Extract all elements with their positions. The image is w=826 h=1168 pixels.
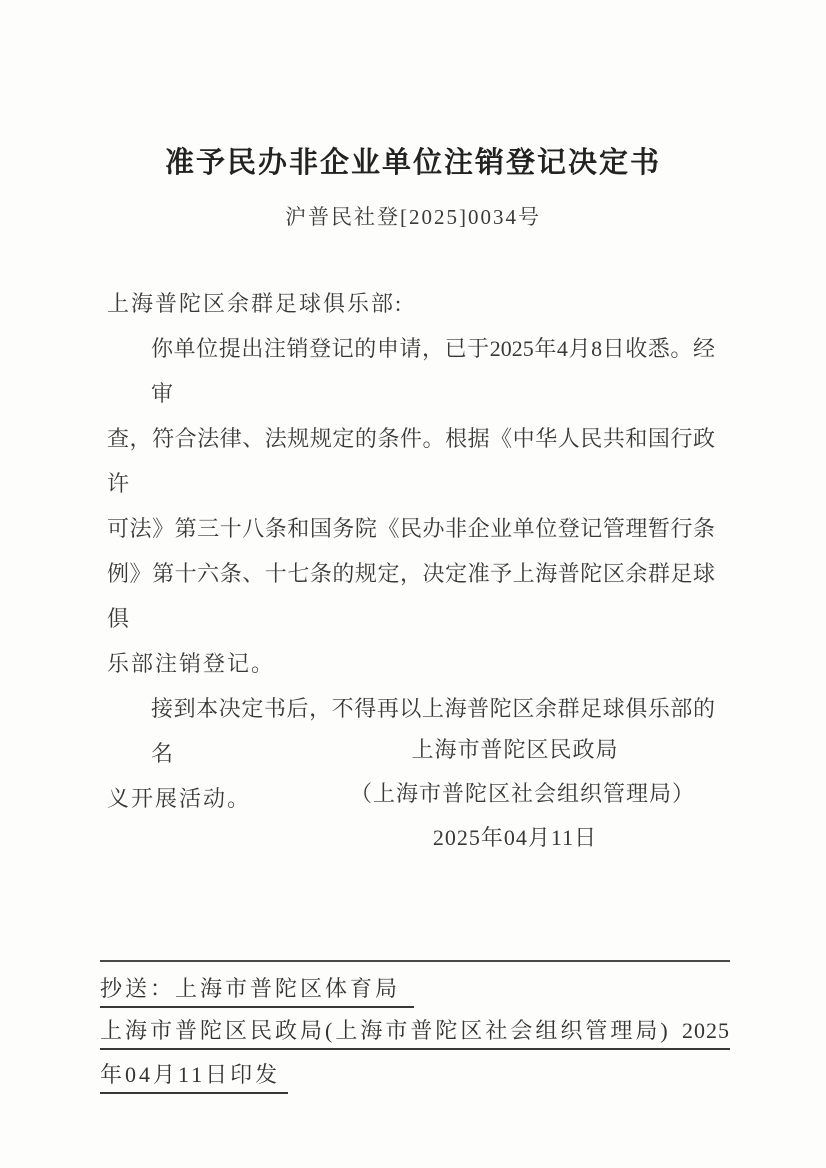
body-line: 你单位提出注销登记的申请，已于2025年4月8日收悉。经审 <box>107 326 715 416</box>
signature-date: 2025年04月11日 <box>350 816 680 860</box>
issue-date-line: 年04月11日印发 <box>100 1050 288 1094</box>
addressee-line: 上海普陀区余群足球俱乐部: <box>107 281 715 326</box>
body-line: 可法》第三十八条和国务院《民办非企业单位登记管理暂行条 <box>107 506 715 551</box>
body-line: 例》第十六条、十七条的规定，决定准予上海普陀区余群足球俱 <box>107 551 715 641</box>
issuer-row: 上海市普陀区民政局(上海市普陀区社会组织管理局) 2025 <box>100 1008 730 1050</box>
cc-line: 抄送：上海市普陀区体育局 <box>100 962 414 1008</box>
body-line: 查，符合法律、法规规定的条件。根据《中华人民共和国行政许 <box>107 416 715 506</box>
signature-org-alias: （上海市普陀区社会组织管理局） <box>350 772 680 816</box>
document-title: 准予民办非企业单位注销登记决定书 <box>0 140 826 181</box>
document-number: 沪普民社登[2025]0034号 <box>0 201 826 231</box>
body-line: 乐部注销登记。 <box>107 641 715 686</box>
issue-year: 2025 <box>682 1018 730 1044</box>
issuer-line: 上海市普陀区民政局(上海市普陀区社会组织管理局) <box>100 1014 671 1045</box>
signature-org: 上海市普陀区民政局 <box>350 728 680 772</box>
footer-block: 抄送：上海市普陀区体育局 上海市普陀区民政局(上海市普陀区社会组织管理局) 20… <box>100 960 730 1094</box>
document-page: 准予民办非企业单位注销登记决定书 沪普民社登[2025]0034号 上海普陀区余… <box>0 0 826 1168</box>
signature-block: 上海市普陀区民政局 （上海市普陀区社会组织管理局） 2025年04月11日 <box>350 728 680 860</box>
